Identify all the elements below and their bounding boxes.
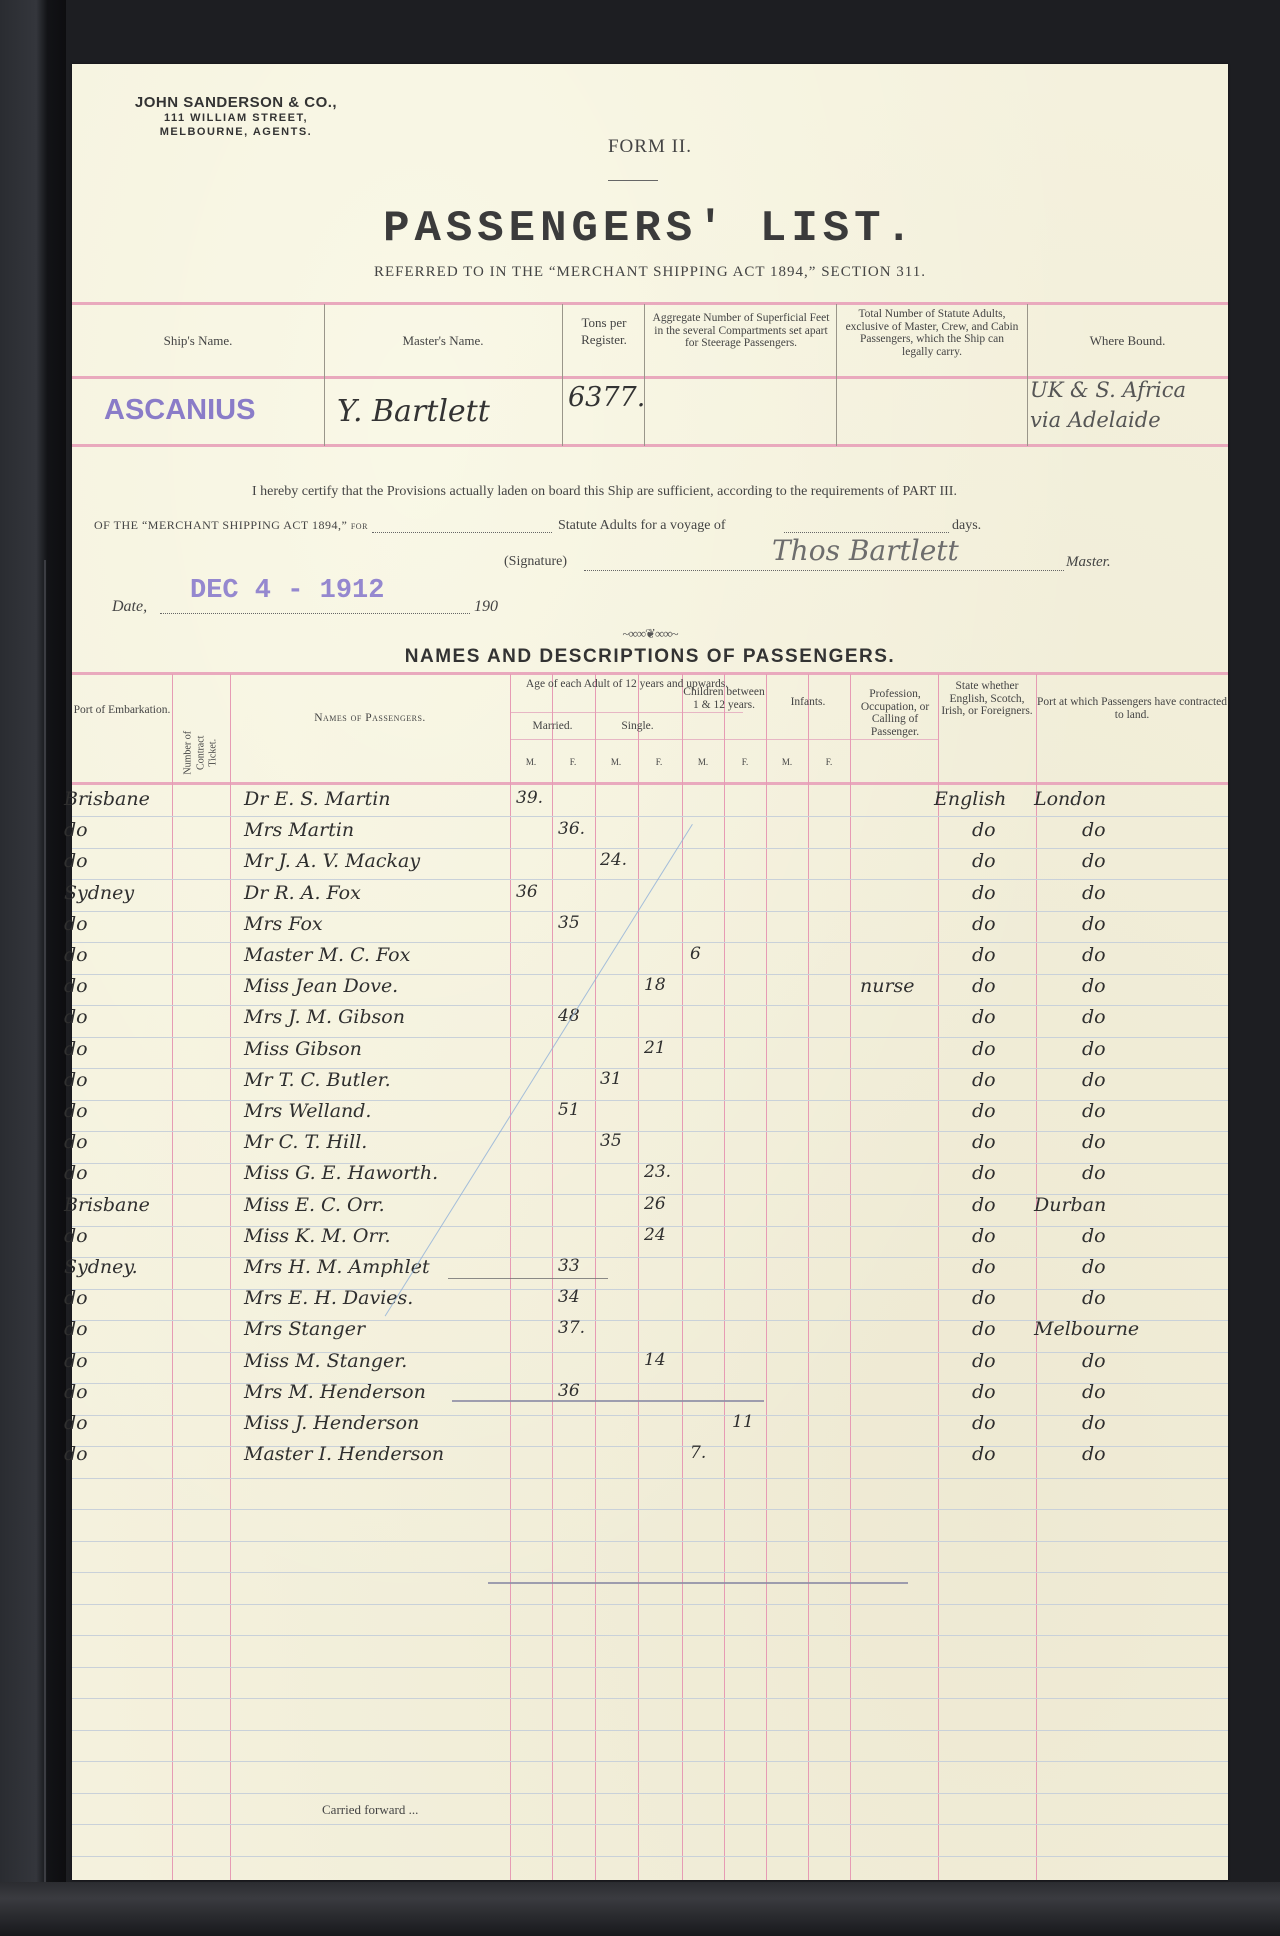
names-header: Names of Passengers. bbox=[230, 712, 510, 725]
table-row: doMrs J. M. Gibson48dodo bbox=[72, 1004, 1228, 1035]
pencil-line bbox=[488, 1582, 908, 1584]
port-embarkation-header: Port of Embarkation. bbox=[72, 704, 172, 717]
single-female-age-cell: 21 bbox=[644, 1038, 666, 1058]
destination-port-cell: do bbox=[1082, 1350, 1106, 1372]
statute-adults-header: Total Number of Statute Adults, exclusiv… bbox=[844, 308, 1020, 358]
destination-port-cell: do bbox=[1082, 1412, 1106, 1434]
ruled-line bbox=[72, 1824, 1228, 1825]
table-row: BrisbaneDr E. S. Martin39.EnglishLondon bbox=[72, 786, 1228, 817]
passenger-name-cell: Miss K. M. Orr. bbox=[244, 1225, 391, 1247]
single-female-age-cell: 26 bbox=[644, 1194, 666, 1214]
nationality-header: State whether English, Scotch, Irish, or… bbox=[938, 680, 1036, 718]
table-row: doMr C. T. Hill.35dodo bbox=[72, 1129, 1228, 1160]
profession-cell: nurse bbox=[860, 975, 915, 997]
destination-port-cell: do bbox=[1082, 1225, 1106, 1247]
port-embarkation-cell: do bbox=[64, 1318, 88, 1340]
destination-port-cell: do bbox=[1082, 850, 1106, 872]
carried-forward-label: Carried forward ... bbox=[322, 1802, 418, 1818]
port-embarkation-cell: do bbox=[64, 913, 88, 935]
date-year-prefix: 190 bbox=[474, 598, 498, 616]
rule bbox=[510, 712, 743, 713]
passenger-name-cell: Mrs Welland. bbox=[244, 1100, 371, 1122]
superficial-feet-header: Aggregate Number of Superficial Feet in … bbox=[652, 312, 830, 350]
ruled-line bbox=[72, 1698, 1228, 1699]
nationality-cell: English bbox=[934, 788, 1006, 810]
single-header: Single. bbox=[595, 720, 680, 733]
master-signature: Thos Bartlett bbox=[772, 534, 959, 567]
nationality-cell: do bbox=[972, 1443, 996, 1465]
passenger-name-cell: Miss M. Stanger. bbox=[244, 1350, 407, 1372]
passenger-name-cell: Miss Gibson bbox=[244, 1038, 362, 1060]
male-label: M. bbox=[595, 756, 637, 769]
single-male-age-cell: 31 bbox=[600, 1069, 622, 1089]
ruled-line bbox=[72, 1478, 1228, 1479]
passenger-list-document: JOHN SANDERSON & CO., 111 WILLIAM STREET… bbox=[72, 64, 1228, 1880]
port-embarkation-cell: Brisbane bbox=[64, 788, 150, 810]
table-row: doMrs Fox35dodo bbox=[72, 911, 1228, 942]
male-label: M. bbox=[510, 756, 552, 769]
destination-port-cell: do bbox=[1082, 1256, 1106, 1278]
nationality-cell: do bbox=[972, 1287, 996, 1309]
nationality-cell: do bbox=[972, 1162, 996, 1184]
single-female-age-cell: 23. bbox=[644, 1162, 671, 1182]
table-row: SydneyDr R. A. Fox36dodo bbox=[72, 880, 1228, 911]
table-row: doMrs Welland.51dodo bbox=[72, 1098, 1228, 1129]
married-header: Married. bbox=[510, 720, 595, 733]
nationality-cell: do bbox=[972, 1412, 996, 1434]
passenger-name-cell: Master M. C. Fox bbox=[244, 944, 410, 966]
nationality-cell: do bbox=[972, 1131, 996, 1153]
table-row: BrisbaneMiss E. C. Orr.26doDurban bbox=[72, 1192, 1228, 1223]
port-embarkation-cell: do bbox=[64, 1381, 88, 1403]
certification-middle: Statute Adults for a voyage of bbox=[558, 518, 726, 534]
signature-line bbox=[584, 569, 1064, 571]
certification-days: days. bbox=[952, 518, 981, 534]
destination-port-cell: do bbox=[1082, 975, 1106, 997]
table-row: doMiss G. E. Haworth.23.dodo bbox=[72, 1160, 1228, 1191]
single-male-age-cell: 24. bbox=[600, 850, 627, 870]
destination-port-cell: Melbourne bbox=[1034, 1318, 1139, 1340]
passenger-name-cell: Miss E. C. Orr. bbox=[244, 1194, 385, 1216]
passenger-name-cell: Mrs Fox bbox=[244, 913, 323, 935]
voyage-days-blank bbox=[784, 531, 949, 533]
table-row: doMaster I. Henderson7.dodo bbox=[72, 1441, 1228, 1472]
married-female-age-cell: 36. bbox=[558, 819, 585, 839]
port-embarkation-cell: do bbox=[64, 819, 88, 841]
rule bbox=[72, 302, 1228, 305]
married-female-age-cell: 51 bbox=[558, 1100, 580, 1120]
infants-header: Infants. bbox=[766, 696, 850, 709]
nationality-cell: do bbox=[972, 975, 996, 997]
destination-port-cell: do bbox=[1082, 819, 1106, 841]
nationality-cell: do bbox=[972, 913, 996, 935]
passenger-name-cell: Dr R. A. Fox bbox=[244, 882, 361, 904]
nationality-cell: do bbox=[972, 944, 996, 966]
table-row: doMaster M. C. Fox6dodo bbox=[72, 942, 1228, 973]
page-title: PASSENGERS' LIST. bbox=[72, 204, 1228, 254]
table-row: doMr T. C. Butler.31dodo bbox=[72, 1067, 1228, 1098]
tally-line bbox=[448, 1278, 608, 1279]
destination-port-cell: do bbox=[1082, 1069, 1106, 1091]
ruled-line bbox=[72, 1635, 1228, 1636]
nationality-cell: do bbox=[972, 1069, 996, 1091]
passenger-name-cell: Miss J. Henderson bbox=[244, 1412, 419, 1434]
destination-port-cell: do bbox=[1082, 1038, 1106, 1060]
port-embarkation-cell: do bbox=[64, 1006, 88, 1028]
passenger-name-cell: Miss Jean Dove. bbox=[244, 975, 398, 997]
port-land-header: Port at which Passengers have contracted… bbox=[1036, 696, 1228, 721]
nationality-cell: do bbox=[972, 1350, 996, 1372]
destination-port-cell: do bbox=[1082, 1287, 1106, 1309]
col-divider bbox=[644, 304, 645, 446]
ship-name-header: Ship's Name. bbox=[72, 334, 324, 348]
ruled-line bbox=[72, 1793, 1228, 1794]
port-embarkation-cell: do bbox=[64, 1069, 88, 1091]
tons-header: Tons per Register. bbox=[569, 314, 639, 348]
where-bound-value-2: via Adelaide bbox=[1030, 408, 1161, 432]
child-male-age-cell: 6 bbox=[690, 944, 701, 964]
passenger-name-cell: Mr C. T. Hill. bbox=[244, 1131, 367, 1153]
master-name-header: Master's Name. bbox=[324, 334, 562, 348]
table-row: doMiss M. Stanger.14dodo bbox=[72, 1348, 1228, 1379]
table-row: doMiss J. Henderson11dodo bbox=[72, 1410, 1228, 1441]
book-board-bottom bbox=[0, 1882, 1280, 1936]
children-header: Children between 1 & 12 years. bbox=[682, 686, 766, 711]
female-label: F. bbox=[808, 756, 850, 769]
port-embarkation-cell: do bbox=[64, 1287, 88, 1309]
port-embarkation-cell: do bbox=[64, 975, 88, 997]
passenger-name-cell: Mrs Stanger bbox=[244, 1318, 365, 1340]
passenger-name-cell: Master I. Henderson bbox=[244, 1443, 444, 1465]
single-female-age-cell: 14 bbox=[644, 1350, 666, 1370]
rule bbox=[72, 782, 1228, 785]
divider bbox=[608, 180, 658, 181]
port-embarkation-cell: do bbox=[64, 944, 88, 966]
port-embarkation-cell: do bbox=[64, 1350, 88, 1372]
port-embarkation-cell: Sydney bbox=[64, 882, 134, 904]
ornament-divider: ~∞∞❦∞∞~ bbox=[590, 626, 710, 642]
table-row: Sydney.Mrs H. M. Amphlet33dodo bbox=[72, 1254, 1228, 1285]
ruled-line bbox=[72, 1604, 1228, 1605]
nationality-cell: do bbox=[972, 882, 996, 904]
destination-port-cell: do bbox=[1082, 1100, 1106, 1122]
passenger-name-cell: Miss G. E. Haworth. bbox=[244, 1162, 438, 1184]
ruled-line bbox=[72, 1667, 1228, 1668]
table-row: doMiss Jean Dove.18nursedodo bbox=[72, 973, 1228, 1004]
company-address: 111 WILLIAM STREET, bbox=[106, 111, 366, 125]
statute-adults-blank bbox=[372, 531, 552, 533]
married-female-age-cell: 35 bbox=[558, 913, 580, 933]
table-row: doMrs E. H. Davies.34dodo bbox=[72, 1285, 1228, 1316]
child-female-age-cell: 11 bbox=[732, 1412, 754, 1432]
nationality-cell: do bbox=[972, 819, 996, 841]
passenger-name-cell: Mrs M. Henderson bbox=[244, 1381, 426, 1403]
certification-act: OF THE “MERCHANT SHIPPING ACT 1894,” for bbox=[94, 518, 368, 533]
where-bound-value-1: UK & S. Africa bbox=[1030, 378, 1186, 402]
pencil-line bbox=[452, 1400, 764, 1402]
passengers-section-heading: NAMES AND DESCRIPTIONS OF PASSENGERS. bbox=[72, 646, 1228, 668]
passenger-name-cell: Mrs Martin bbox=[244, 819, 354, 841]
table-row: doMrs Stanger37.doMelbourne bbox=[72, 1316, 1228, 1347]
passenger-name-cell: Mrs H. M. Amphlet bbox=[244, 1256, 430, 1278]
destination-port-cell: do bbox=[1082, 1381, 1106, 1403]
signature-master-label: Master. bbox=[1066, 554, 1111, 571]
table-row: doMiss K. M. Orr.24dodo bbox=[72, 1223, 1228, 1254]
destination-port-cell: do bbox=[1082, 1006, 1106, 1028]
date-stamp: DEC 4 - 1912 bbox=[190, 576, 384, 606]
female-label: F. bbox=[552, 756, 594, 769]
col-divider bbox=[324, 304, 325, 446]
port-embarkation-cell: do bbox=[64, 1100, 88, 1122]
binding-seam bbox=[44, 560, 46, 1936]
ruled-line bbox=[72, 1730, 1228, 1731]
port-embarkation-cell: do bbox=[64, 850, 88, 872]
passenger-name-cell: Mrs E. H. Davies. bbox=[244, 1287, 413, 1309]
col-divider bbox=[1027, 304, 1028, 446]
nationality-cell: do bbox=[972, 1225, 996, 1247]
port-embarkation-cell: Brisbane bbox=[64, 1194, 150, 1216]
rule bbox=[72, 444, 1228, 447]
male-label: M. bbox=[766, 756, 808, 769]
married-female-age-cell: 34 bbox=[558, 1287, 580, 1307]
port-embarkation-cell: do bbox=[64, 1225, 88, 1247]
destination-port-cell: do bbox=[1082, 882, 1106, 904]
nationality-cell: do bbox=[972, 1381, 996, 1403]
destination-port-cell: do bbox=[1082, 944, 1106, 966]
passenger-name-cell: Mr T. C. Butler. bbox=[244, 1069, 391, 1091]
table-row: doMrs M. Henderson36dodo bbox=[72, 1379, 1228, 1410]
port-embarkation-cell: do bbox=[64, 1443, 88, 1465]
nationality-cell: do bbox=[972, 1256, 996, 1278]
destination-port-cell: London bbox=[1034, 788, 1106, 810]
where-bound-header: Where Bound. bbox=[1027, 334, 1228, 348]
nationality-cell: do bbox=[972, 1006, 996, 1028]
ruled-line bbox=[72, 1541, 1228, 1542]
female-label: F. bbox=[638, 756, 680, 769]
married-female-age-cell: 36 bbox=[558, 1381, 580, 1401]
master-name-value: Y. Bartlett bbox=[337, 394, 490, 429]
ruled-line bbox=[72, 1761, 1228, 1762]
child-male-age-cell: 7. bbox=[690, 1443, 706, 1463]
port-embarkation-cell: do bbox=[64, 1038, 88, 1060]
destination-port-cell: do bbox=[1082, 913, 1106, 935]
single-female-age-cell: 18 bbox=[644, 975, 666, 995]
passenger-name-cell: Dr E. S. Martin bbox=[244, 788, 391, 810]
port-embarkation-cell: do bbox=[64, 1131, 88, 1153]
page-subtitle: REFERRED TO IN THE “MERCHANT SHIPPING AC… bbox=[72, 264, 1228, 281]
nationality-cell: do bbox=[972, 1038, 996, 1060]
company-name: JOHN SANDERSON & CO., bbox=[106, 94, 366, 111]
married-female-age-cell: 37. bbox=[558, 1318, 585, 1338]
tons-value: 6377. bbox=[568, 382, 645, 413]
passenger-name-cell: Mr J. A. V. Mackay bbox=[244, 850, 420, 872]
destination-port-cell: Durban bbox=[1034, 1194, 1106, 1216]
rule bbox=[72, 672, 1228, 675]
nationality-cell: do bbox=[972, 1194, 996, 1216]
married-female-age-cell: 33 bbox=[558, 1256, 580, 1276]
ruled-line bbox=[72, 1509, 1228, 1510]
contract-ticket-header: Number of Contract Ticket. bbox=[182, 724, 220, 782]
date-label: Date, bbox=[112, 598, 147, 616]
port-embarkation-cell: do bbox=[64, 1162, 88, 1184]
nationality-cell: do bbox=[972, 1318, 996, 1340]
ruled-line bbox=[72, 1572, 1228, 1573]
ruled-line bbox=[72, 1856, 1228, 1857]
destination-port-cell: do bbox=[1082, 1162, 1106, 1184]
agent-header: JOHN SANDERSON & CO., 111 WILLIAM STREET… bbox=[106, 94, 366, 139]
female-label: F. bbox=[724, 756, 766, 769]
port-embarkation-cell: Sydney. bbox=[64, 1256, 138, 1278]
table-row: doMiss Gibson21dodo bbox=[72, 1036, 1228, 1067]
form-number: FORM II. bbox=[72, 136, 1228, 158]
profession-header: Profession, Occupation, or Calling of Pa… bbox=[852, 688, 938, 738]
married-male-age-cell: 36 bbox=[516, 882, 538, 902]
book-binding bbox=[0, 0, 66, 1936]
date-line bbox=[160, 612, 470, 614]
passenger-name-cell: Mrs J. M. Gibson bbox=[244, 1006, 405, 1028]
signature-label: (Signature) bbox=[504, 554, 567, 570]
certification-text: I hereby certify that the Provisions act… bbox=[252, 484, 957, 500]
table-row: doMrs Martin36.dodo bbox=[72, 817, 1228, 848]
port-embarkation-cell: do bbox=[64, 1412, 88, 1434]
married-male-age-cell: 39. bbox=[516, 788, 543, 808]
single-female-age-cell: 24 bbox=[644, 1225, 666, 1245]
col-divider bbox=[836, 304, 837, 446]
single-male-age-cell: 35 bbox=[600, 1131, 622, 1151]
destination-port-cell: do bbox=[1082, 1131, 1106, 1153]
nationality-cell: do bbox=[972, 1100, 996, 1122]
male-label: M. bbox=[682, 756, 724, 769]
nationality-cell: do bbox=[972, 850, 996, 872]
col-divider bbox=[562, 304, 563, 446]
destination-port-cell: do bbox=[1082, 1443, 1106, 1465]
ship-name-stamp: ASCANIUS bbox=[104, 394, 255, 427]
table-row: doMr J. A. V. Mackay24.dodo bbox=[72, 848, 1228, 879]
